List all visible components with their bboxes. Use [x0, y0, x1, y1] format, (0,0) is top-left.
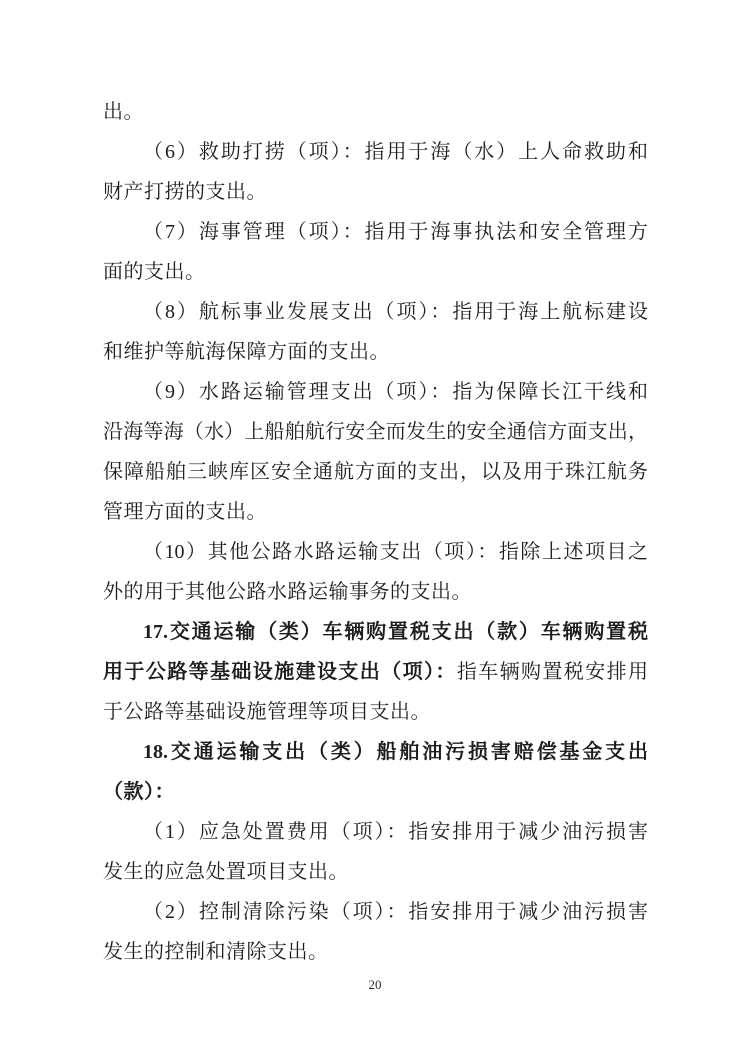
text-line: 外的用于其他公路水路运输事务的支出。: [103, 572, 648, 612]
text-line: 沿海等海（水）上船舶航行安全而发生的安全通信方面支出，: [103, 412, 648, 452]
text-line: 管理方面的支出。: [103, 492, 648, 532]
text-line: 用于公路等基础设施建设支出（项）：指车辆购置税安排用: [103, 652, 648, 692]
text-line: （1）应急处置费用（项）：指安排用于减少油污损害: [103, 812, 648, 852]
text-line: （款）：: [103, 772, 648, 812]
text-line: （10）其他公路水路运输支出（项）：指除上述项目之: [103, 532, 648, 572]
text-line: 于公路等基础设施管理等项目支出。: [103, 692, 648, 732]
text-line: 出。: [103, 92, 648, 132]
text-line: 发生的应急处置项目支出。: [103, 852, 648, 892]
document-page: 出。 （6）救助打捞（项）：指用于海（水）上人命救助和 财产打捞的支出。 （7）…: [0, 0, 750, 1060]
text-line: 财产打捞的支出。: [103, 172, 648, 212]
text-line-heading-17: 17.交通运输（类）车辆购置税支出（款）车辆购置税: [103, 612, 648, 652]
text-line: （9）水路运输管理支出（项）：指为保障长江干线和: [103, 372, 648, 412]
text-bold-segment: 用于公路等基础设施建设支出（项）：: [103, 661, 457, 683]
text-line: （8）航标事业发展支出（项）：指用于海上航标建设: [103, 292, 648, 332]
text-line: （2）控制清除污染（项）：指安排用于减少油污损害: [103, 892, 648, 932]
document-text-block: 出。 （6）救助打捞（项）：指用于海（水）上人命救助和 财产打捞的支出。 （7）…: [103, 92, 648, 972]
text-line: （7）海事管理（项）：指用于海事执法和安全管理方: [103, 212, 648, 252]
text-regular-segment: 指车辆购置税安排用: [457, 661, 648, 683]
text-line: 发生的控制和清除支出。: [103, 932, 648, 972]
text-line: 面的支出。: [103, 252, 648, 292]
text-line: 保障船舶三峡库区安全通航方面的支出，以及用于珠江航务: [103, 452, 648, 492]
text-line-heading-18: 18.交通运输支出（类）船舶油污损害赔偿基金支出: [103, 732, 648, 772]
page-number: 20: [0, 975, 750, 995]
text-line: （6）救助打捞（项）：指用于海（水）上人命救助和: [103, 132, 648, 172]
text-line: 和维护等航海保障方面的支出。: [103, 332, 648, 372]
